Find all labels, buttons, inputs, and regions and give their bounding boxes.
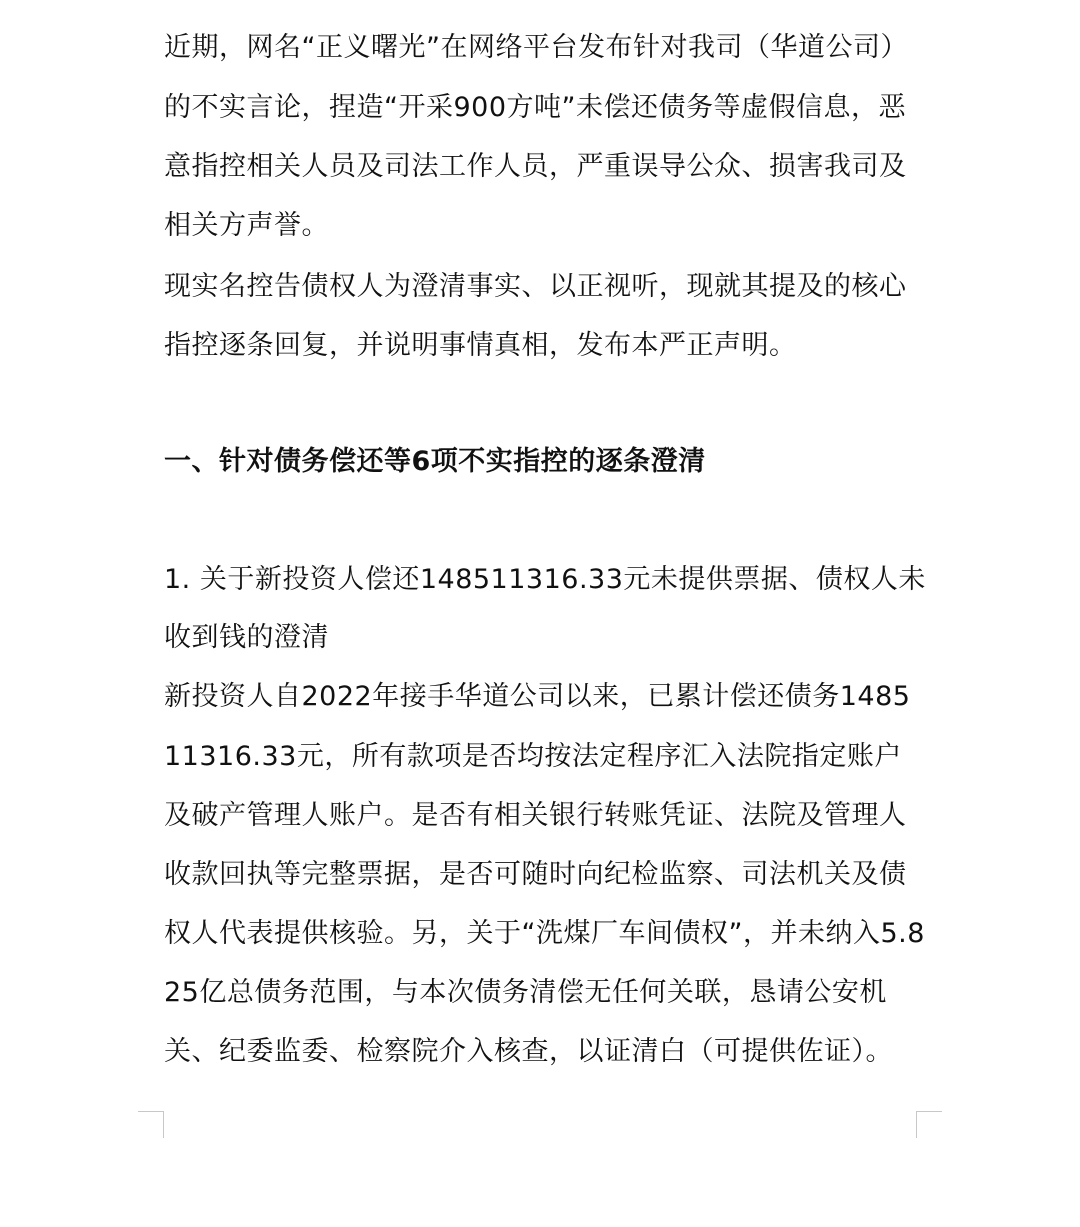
item-body-line-4: 收款回执等完整票据，是否可随时向纪检监察、司法机关及债 bbox=[164, 857, 907, 893]
item-title-line-1: 1. 关于新投资人偿还148511316.33元未提供票据、债权人未 bbox=[164, 562, 926, 598]
intro-line-5: 现实名控告债权人为澄清事实、以正视听，现就其提及的核心 bbox=[164, 269, 907, 305]
item-body-line-1: 新投资人自2022年接手华道公司以来，已累计偿还债务1485 bbox=[164, 679, 910, 715]
page-corner-mark-left bbox=[138, 1111, 164, 1138]
item-body-line-7: 关、纪委监委、检察院介入核查，以证清白（可提供佐证）。 bbox=[164, 1034, 893, 1070]
item-body-line-3: 及破产管理人账户。是否有相关银行转账凭证、法院及管理人 bbox=[164, 798, 907, 834]
intro-line-3: 意指控相关人员及司法工作人员，严重误导公众、损害我司及 bbox=[164, 149, 907, 185]
item-body-line-2: 11316.33元，所有款项是否均按法定程序汇入法院指定账户 bbox=[164, 739, 902, 775]
item-title-line-2: 收到钱的澄清 bbox=[164, 620, 329, 656]
intro-line-6: 指控逐条回复，并说明事情真相，发布本严正声明。 bbox=[164, 328, 797, 364]
item-body-line-6: 25亿总债务范围，与本次债务清偿无任何关联，恳请公安机 bbox=[164, 975, 887, 1011]
section-heading: 一、针对债务偿还等6项不实指控的逐条澄清 bbox=[164, 444, 706, 480]
item-body-line-5: 权人代表提供核验。另，关于“洗煤厂车间债权”，并未纳入5.8 bbox=[164, 916, 925, 952]
intro-line-2: 的不实言论，捏造“开采900方吨”未偿还债务等虚假信息，恶 bbox=[164, 90, 906, 126]
page-corner-mark-right bbox=[916, 1111, 942, 1138]
intro-line-1: 近期，网名“正义曙光”在网络平台发布针对我司（华道公司） bbox=[164, 30, 908, 66]
intro-line-4: 相关方声誉。 bbox=[164, 208, 329, 244]
